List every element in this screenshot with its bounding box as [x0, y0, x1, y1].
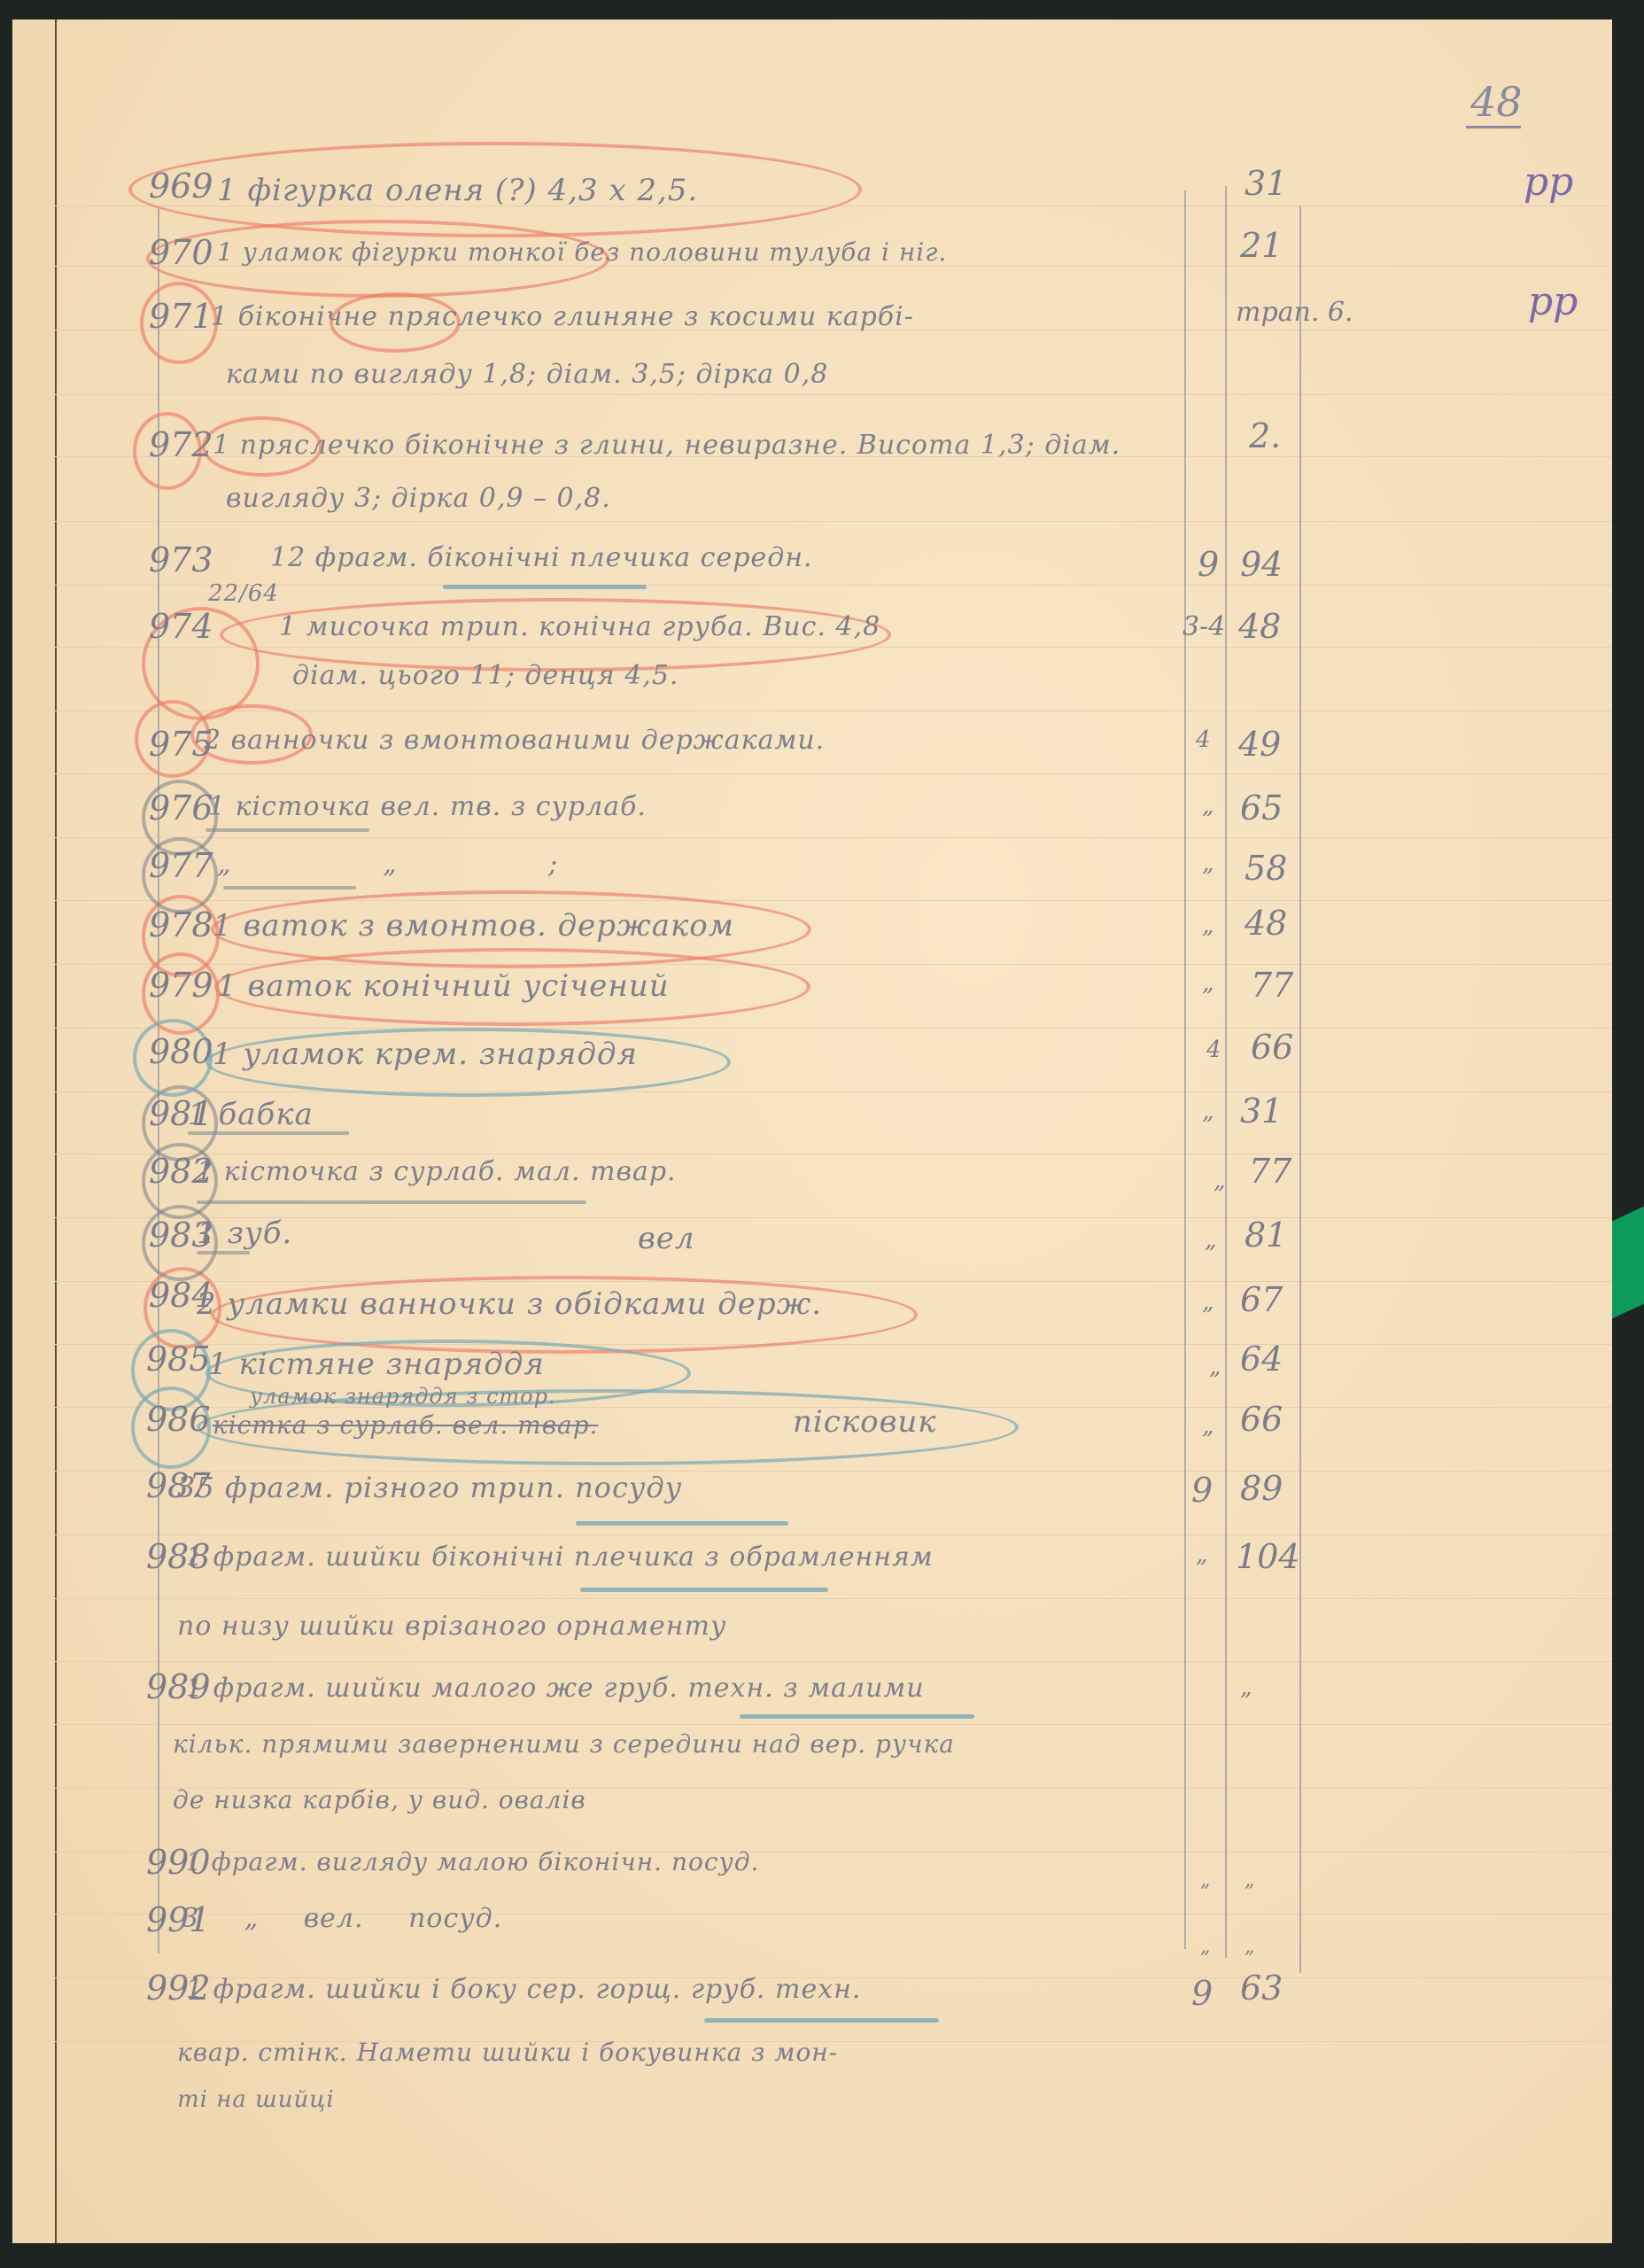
- entry-text: 1 ваток з вмонтов. держаком: [213, 908, 734, 944]
- entry-text: 1 зуб.: [197, 1216, 292, 1251]
- entry-number: 985: [146, 1340, 211, 1379]
- entry-col2: 48: [1238, 607, 1281, 646]
- entry-col1: „: [1202, 970, 1214, 997]
- blue-underline-987: [576, 1521, 788, 1526]
- entry-number: 973: [149, 540, 213, 579]
- entry-text: 1 уламок фігурки тонкої без половини тул…: [217, 237, 947, 267]
- ruled-line: [55, 1091, 1612, 1092]
- green-tab: [1612, 1207, 1644, 1319]
- entry-col2: „: [1245, 1936, 1254, 1958]
- entry-col1: „: [1202, 793, 1214, 819]
- blue-underline-992: [704, 2018, 939, 2023]
- entry-text-line2: кільк. прямими заверненими з середини на…: [173, 1729, 955, 1759]
- entry-col1: „: [1214, 1168, 1225, 1194]
- ruled-line: [55, 1028, 1612, 1029]
- gray-underline-982: [197, 1200, 586, 1204]
- entry-text-line3: де низка карбів, у вид. овалів: [173, 1785, 586, 1814]
- gray-underline-976: [205, 828, 369, 832]
- ruled-line: [55, 900, 1612, 901]
- entry-text-line2: по низу шийки врізаного орнаменту: [177, 1611, 726, 1642]
- entry-number: 978: [149, 905, 213, 944]
- entry-col2: 64: [1240, 1340, 1283, 1379]
- entry-col2: 89: [1240, 1469, 1283, 1508]
- entry-text-line2: діам. цього 11; денця 4,5.: [292, 660, 679, 691]
- page-number-underline: [1466, 126, 1521, 128]
- column-line-2: [1225, 186, 1227, 1958]
- entry-col1: „: [1202, 1413, 1214, 1440]
- entry-text: 1 кісточка вел. тв. з сурлаб.: [208, 791, 647, 822]
- entry-text: 1 фрагм. шийки малого же груб. техн. з м…: [186, 1673, 925, 1704]
- entry-text-line2: вигляду 3; дірка 0,9 – 0,8.: [226, 483, 611, 514]
- entry-col2: 77: [1249, 1152, 1291, 1191]
- margin-mark: pp: [1524, 159, 1573, 205]
- entry-number: 970: [149, 233, 213, 272]
- blue-underline-988: [580, 1588, 828, 1592]
- margin-mark: pp: [1528, 279, 1578, 324]
- entry-col2: „: [1240, 1674, 1252, 1701]
- entry-col1: „: [1196, 1542, 1207, 1568]
- entry-col1: 9: [1198, 545, 1219, 584]
- column-line-3: [1299, 206, 1301, 1973]
- entry-col1: „: [1209, 1354, 1221, 1380]
- ruled-line: [55, 585, 1612, 586]
- entry-col2: 66: [1251, 1028, 1293, 1067]
- ruled-line: [55, 1344, 1612, 1345]
- entry-text: 1 фрагм. шийки і боку сер. горщ. груб. т…: [186, 1974, 861, 2005]
- entry-text: 1 фігурка оленя (?) 4,3 x 2,5.: [217, 173, 698, 208]
- entry-col1: „: [1202, 1099, 1214, 1125]
- entry-col2: 94: [1240, 545, 1283, 584]
- binding-strip: [12, 19, 57, 2243]
- entry-col1: „: [1205, 1227, 1216, 1254]
- entry-text: пісковик: [793, 1404, 937, 1440]
- entry-col2: 77: [1251, 966, 1293, 1005]
- entry-text: 1 біконічне пряслечко глиняне з косими к…: [211, 301, 914, 332]
- entry-text-extra: вел: [638, 1221, 695, 1256]
- entry-number: 986: [146, 1400, 211, 1439]
- entry-col1: 4: [1196, 726, 1211, 753]
- ruled-line: [55, 1281, 1612, 1282]
- entry-col2: 2.: [1249, 416, 1281, 455]
- entry-text-line3: ті на шийці: [177, 2086, 335, 2113]
- entry-text: 1 мисочка трип. конічна груба. Вис. 4,8: [279, 611, 880, 642]
- ruled-line: [55, 1598, 1612, 1599]
- ruled-line: [55, 1724, 1612, 1725]
- entry-text: 3 „ вел. посуд.: [182, 1903, 502, 1934]
- entry-number: 972: [149, 425, 213, 464]
- blue-underline-973: [443, 585, 647, 589]
- entry-col2: 63: [1240, 1969, 1283, 2008]
- entry-text-line2: квар. стінк. Намети шийки і бокувинка з …: [177, 2038, 838, 2067]
- entry-text: 12 фрагм. біконічні плечика середн.: [270, 542, 813, 573]
- entry-col1: 3-4: [1183, 611, 1225, 642]
- ruled-line: [55, 521, 1612, 522]
- entry-col2: 48: [1245, 904, 1287, 943]
- entry-col1: „: [1200, 1869, 1210, 1891]
- column-line-1: [1184, 190, 1186, 1949]
- entry-col1: „: [1202, 913, 1214, 939]
- entry-text-struck: кістка з сурлаб. вел. твар.: [213, 1410, 599, 1440]
- page-number: 48: [1470, 78, 1523, 126]
- entry-number: 974: [149, 607, 213, 646]
- entry-col1: 9: [1191, 1471, 1213, 1510]
- entry-col2: 58: [1245, 849, 1287, 888]
- entry-col2: 31: [1240, 1091, 1283, 1130]
- entry-col2: трап. 6.: [1236, 297, 1353, 328]
- entry-number: 980: [149, 1032, 213, 1071]
- entry-text: 1 кістяне знаряддя: [208, 1347, 545, 1382]
- entry-text: 1 уламок крем. знаряддя: [213, 1037, 638, 1072]
- entry-fraction: 22/64: [208, 580, 279, 607]
- entry-text-line2: ками по вигляду 1,8; діам. 3,5; дірка 0,…: [226, 359, 828, 390]
- entry-col2: 81: [1245, 1216, 1287, 1254]
- entry-col1: 4: [1206, 1037, 1221, 1063]
- entry-number: 971: [149, 297, 213, 336]
- blue-underline-989: [740, 1714, 974, 1719]
- gray-underline-977: [223, 886, 356, 889]
- entry-text: 2 ванночки з вмонтованими держаками.: [204, 725, 825, 756]
- ruled-line: [55, 1661, 1612, 1662]
- ruled-line: [55, 837, 1612, 838]
- entry-col1: „: [1200, 1936, 1210, 1958]
- entry-text: 35 фрагм. різного трип. посуду: [177, 1471, 682, 1504]
- entry-col2: 66: [1240, 1400, 1283, 1439]
- entry-number: 969: [149, 167, 213, 206]
- entry-number: 977: [149, 846, 213, 885]
- entry-text-above: уламок знаряддя з стор.: [250, 1384, 556, 1409]
- ruled-line: [55, 773, 1612, 774]
- ruled-line: [55, 394, 1612, 395]
- entry-text: „ „ ;: [217, 849, 558, 880]
- ruled-line: [55, 1153, 1612, 1154]
- ruled-line: [55, 1534, 1612, 1535]
- entry-col1: 9: [1191, 1974, 1213, 2013]
- entry-col2: 67: [1240, 1280, 1283, 1319]
- entry-text: 1 фрагм. шийки біконічні плечика з обрам…: [186, 1542, 934, 1573]
- entry-text: 1 бабка: [188, 1097, 314, 1132]
- entry-col2: „: [1245, 1869, 1254, 1891]
- entry-col2: 21: [1240, 226, 1283, 265]
- entry-text: 1 пряслечко біконічне з глини, невиразне…: [213, 430, 1121, 461]
- entry-col2: 65: [1240, 788, 1283, 827]
- entry-text: 1 кісточка з сурлаб. мал. твар.: [197, 1156, 677, 1187]
- entry-col2: 31: [1245, 164, 1287, 203]
- entry-col1: „: [1202, 1289, 1214, 1316]
- entry-col2: 104: [1236, 1537, 1300, 1576]
- entry-number: 976: [149, 788, 213, 827]
- entry-text: 1 ваток конічний усічений: [217, 968, 670, 1004]
- entry-col1: „: [1202, 850, 1214, 877]
- entry-col2: 49: [1238, 725, 1281, 764]
- entry-text: 2 уламки ванночки з обідками держ.: [197, 1286, 822, 1322]
- entry-number: 979: [149, 966, 213, 1005]
- entry-text: 1 фрагм. вигляду малою біконічн. посуд.: [186, 1847, 759, 1876]
